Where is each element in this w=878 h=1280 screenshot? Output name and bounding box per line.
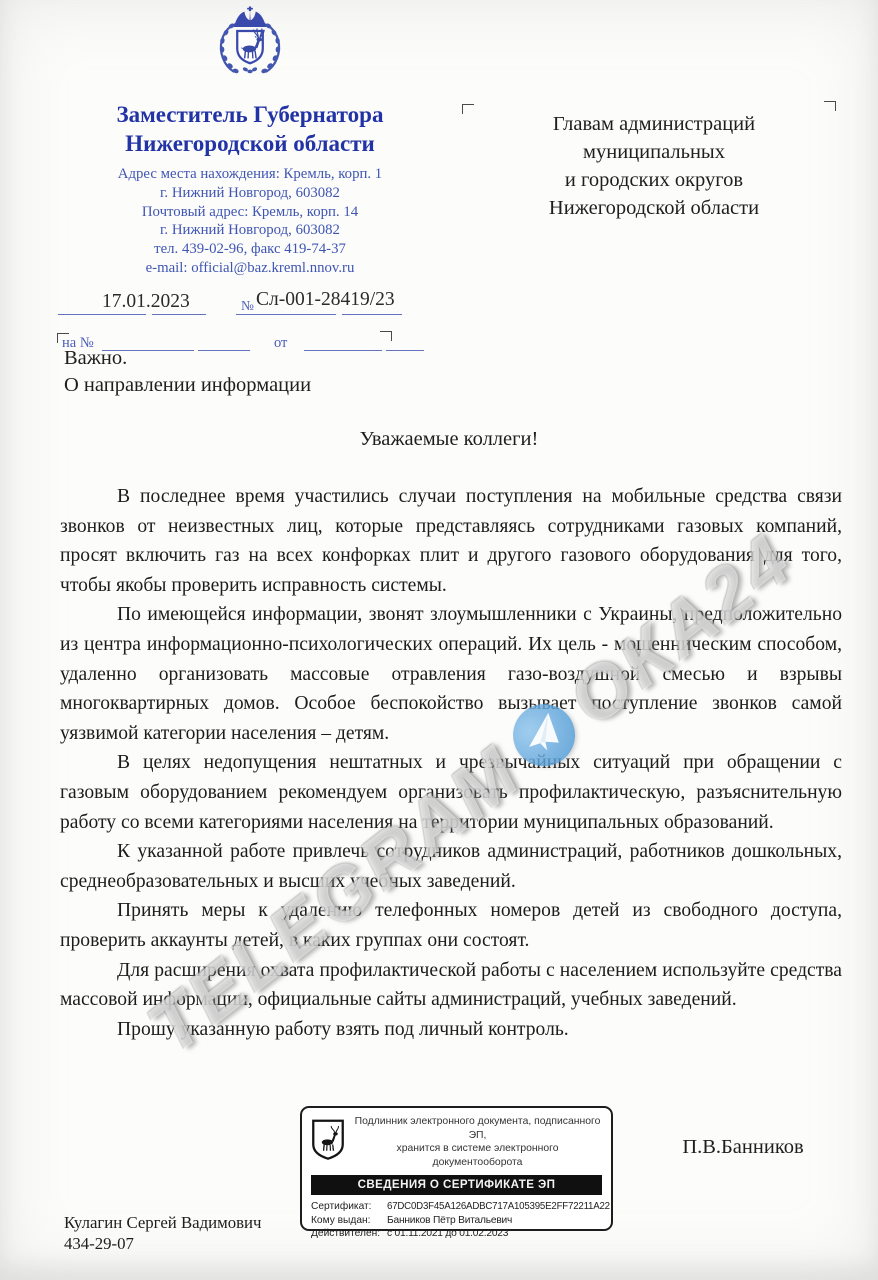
letterhead-address: Адрес места нахождения: Кремль, корп. 1 … [58,165,442,278]
stamp-header-line1: Подлинник электронного документа, подпис… [355,1116,601,1141]
letterhead-title-line2: Нижегородской области [58,129,442,158]
digital-signature-stamp: Подлинник электронного документа, подпис… [300,1106,613,1231]
corner-mark-subject-left [57,333,69,343]
number-sign: № [241,298,254,314]
corner-mark-subject-right [380,331,392,341]
stamp-row-label: Сертификат: [311,1200,387,1214]
stamp-bar-title: СВЕДЕНИЯ О СЕРТИФИКАТЕ ЭП [311,1175,602,1195]
stamp-row-issued-to: Кому выдан: Банников Пётр Витальевич [311,1214,602,1228]
stamp-rows: Сертификат: 67DC0D3F45A126ADBC717A105395… [311,1200,602,1241]
recipient-block: Главам администраций муниципальных и гор… [468,100,840,222]
recipient-line: Нижегородской области [468,194,840,222]
body-paragraph: К указанной работе привлечь сотрудников … [60,837,842,896]
stamp-row-validity: Действителен: с 01.11.2021 до 01.02.2023 [311,1227,602,1241]
letter-number: Сл-001-28419/23 [256,289,395,311]
stamp-row-label: Действителен: [311,1227,387,1241]
address-line: г. Нижний Новгород, 603082 [58,221,442,240]
executor-name: Кулагин Сергей Вадимович [64,1212,261,1233]
address-line: e-mail: official@baz.kreml.nnov.ru [58,259,442,278]
letter-body: В последнее время участились случаи пост… [60,482,842,1044]
salutation: Уважаемые коллеги! [60,428,838,451]
stamp-header-line2: хранится в системе электронного документ… [397,1143,559,1168]
body-paragraph: В последнее время участились случаи пост… [60,482,842,600]
body-paragraph: По имеющейся информации, звонят злоумышл… [60,600,842,748]
subject-block: Важно. О направлении информации [64,345,311,398]
letterhead: Заместитель Губернатора Нижегородской об… [58,6,442,357]
address-line: Адрес места нахождения: Кремль, корп. 1 [58,165,442,184]
recipient-line: Главам администраций [468,110,840,138]
stamp-deer-shield-icon [311,1118,345,1167]
body-paragraph: В целях недопущения нештатных и чрезвыча… [60,748,842,837]
ref-underline [386,350,424,351]
letterhead-title-line1: Заместитель Губернатора [58,100,442,129]
number-underline [236,314,336,315]
letter-date: 17.01.2023 [102,291,190,313]
recipient-line: муниципальных [468,138,840,166]
stamp-row-value: 67DC0D3F45A126ADBC717A105395E2FF72211A22 [387,1200,610,1214]
stamp-header-text: Подлинник электронного документа, подпис… [353,1115,602,1169]
signer-name: П.В.Банников [648,1136,838,1159]
letter-page: TELEGRAM ОКА24 [0,0,878,1280]
recipient-line: и городских округов [468,166,840,194]
body-paragraph: Для расширения охвата профилактической р… [60,956,842,1015]
number-underline [342,314,402,315]
ref-underline [304,350,382,351]
executor-block: Кулагин Сергей Вадимович 434-29-07 [64,1212,261,1254]
date-underline [58,314,146,315]
stamp-row-label: Кому выдан: [311,1214,387,1228]
address-line: г. Нижний Новгород, 603082 [58,184,442,203]
date-number-row: 17.01.2023 № Сл-001-28419/23 [58,291,442,315]
stamp-row-certificate: Сертификат: 67DC0D3F45A126ADBC717A105395… [311,1200,602,1214]
address-line: Почтовый адрес: Кремль, корп. 14 [58,203,442,222]
subject-line1: Важно. [64,345,311,372]
body-paragraph: Прошу указанную работу взять под личный … [60,1015,842,1045]
subject-line2: О направлении информации [64,372,311,399]
body-paragraph: Принять меры к удалению телефонных номер… [60,896,842,955]
coat-of-arms-icon [198,6,302,98]
address-line: тел. 439-02-96, факс 419-74-37 [58,240,442,259]
stamp-row-value: Банников Пётр Витальевич [387,1214,602,1228]
date-underline [152,314,206,315]
stamp-header: Подлинник электронного документа, подпис… [311,1115,602,1169]
executor-phone: 434-29-07 [64,1233,261,1254]
stamp-row-value: с 01.11.2021 до 01.02.2023 [387,1227,602,1241]
